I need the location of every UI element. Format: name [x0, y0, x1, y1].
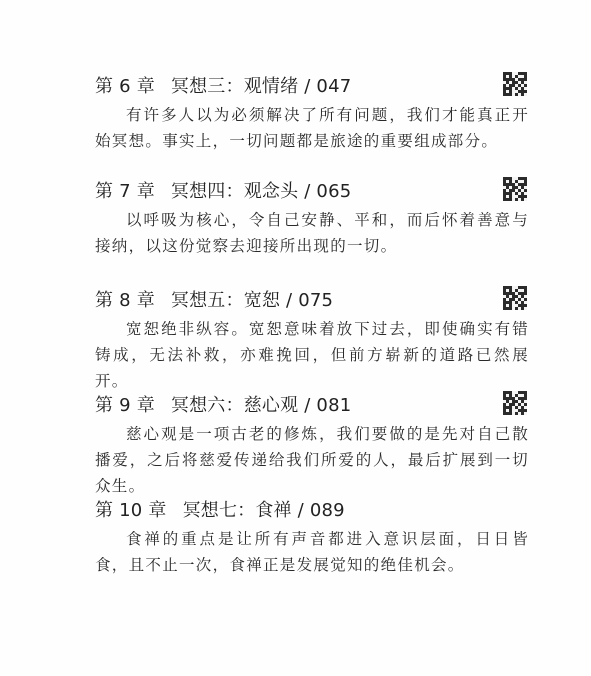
chapter-title: 冥想四：观念头 / 065 — [171, 181, 351, 202]
qr-code-icon — [503, 177, 527, 201]
chapter-summary: 宽恕绝非纵容。宽恕意味着放下过去，即使确实有错铸成，无法补救，亦难挽回，但前方崭… — [95, 316, 529, 394]
chapter-heading: 第 7 章冥想四：观念头 / 065 — [95, 179, 529, 205]
chapter-title: 冥想三：观情绪 / 047 — [171, 76, 351, 97]
chapter-number: 第 10 章 — [95, 500, 167, 521]
chapter-number: 第 6 章 — [95, 76, 155, 97]
chapter-number: 第 8 章 — [95, 290, 155, 311]
chapter-summary: 慈心观是一项古老的修炼，我们要做的是先对自己散播爱，之后将慈爱传递给我们所爱的人… — [95, 421, 529, 499]
chapter-title: 冥想七：食禅 / 089 — [183, 500, 345, 521]
qr-code-icon — [503, 286, 527, 310]
toc-entry-chapter-10[interactable]: 第 10 章冥想七：食禅 / 089 食禅的重点是让所有声音都进入意识层面，日日… — [95, 498, 529, 578]
chapter-heading: 第 6 章冥想三：观情绪 / 047 — [95, 74, 529, 100]
qr-code-icon — [503, 72, 527, 96]
toc-entry-chapter-9[interactable]: 第 9 章冥想六：慈心观 / 081 慈心观是一项古老的修炼，我们要做的是先对自… — [95, 393, 529, 499]
chapter-number: 第 9 章 — [95, 395, 155, 416]
chapter-heading: 第 9 章冥想六：慈心观 / 081 — [95, 393, 529, 419]
toc-entry-chapter-7[interactable]: 第 7 章冥想四：观念头 / 065 以呼吸为核心，令自己安静、平和，而后怀着善… — [95, 179, 529, 259]
toc-entry-chapter-8[interactable]: 第 8 章冥想五：宽恕 / 075 宽恕绝非纵容。宽恕意味着放下过去，即使确实有… — [95, 288, 529, 394]
chapter-number: 第 7 章 — [95, 181, 155, 202]
chapter-title: 冥想六：慈心观 / 081 — [171, 395, 351, 416]
chapter-summary: 以呼吸为核心，令自己安静、平和，而后怀着善意与接纳，以这份觉察去迎接所出现的一切… — [95, 207, 529, 259]
toc-entry-chapter-6[interactable]: 第 6 章冥想三：观情绪 / 047 有许多人以为必须解决了所有问题，我们才能真… — [95, 74, 529, 154]
chapter-summary: 食禅的重点是让所有声音都进入意识层面，日日皆食，且不止一次，食禅正是发展觉知的绝… — [95, 526, 529, 578]
chapter-title: 冥想五：宽恕 / 075 — [171, 290, 333, 311]
chapter-heading: 第 10 章冥想七：食禅 / 089 — [95, 498, 529, 524]
chapter-summary: 有许多人以为必须解决了所有问题，我们才能真正开始冥想。事实上，一切问题都是旅途的… — [95, 102, 529, 154]
book-toc-page: 第 6 章冥想三：观情绪 / 047 有许多人以为必须解决了所有问题，我们才能真… — [0, 0, 591, 676]
chapter-heading: 第 8 章冥想五：宽恕 / 075 — [95, 288, 529, 314]
qr-code-icon — [503, 391, 527, 415]
